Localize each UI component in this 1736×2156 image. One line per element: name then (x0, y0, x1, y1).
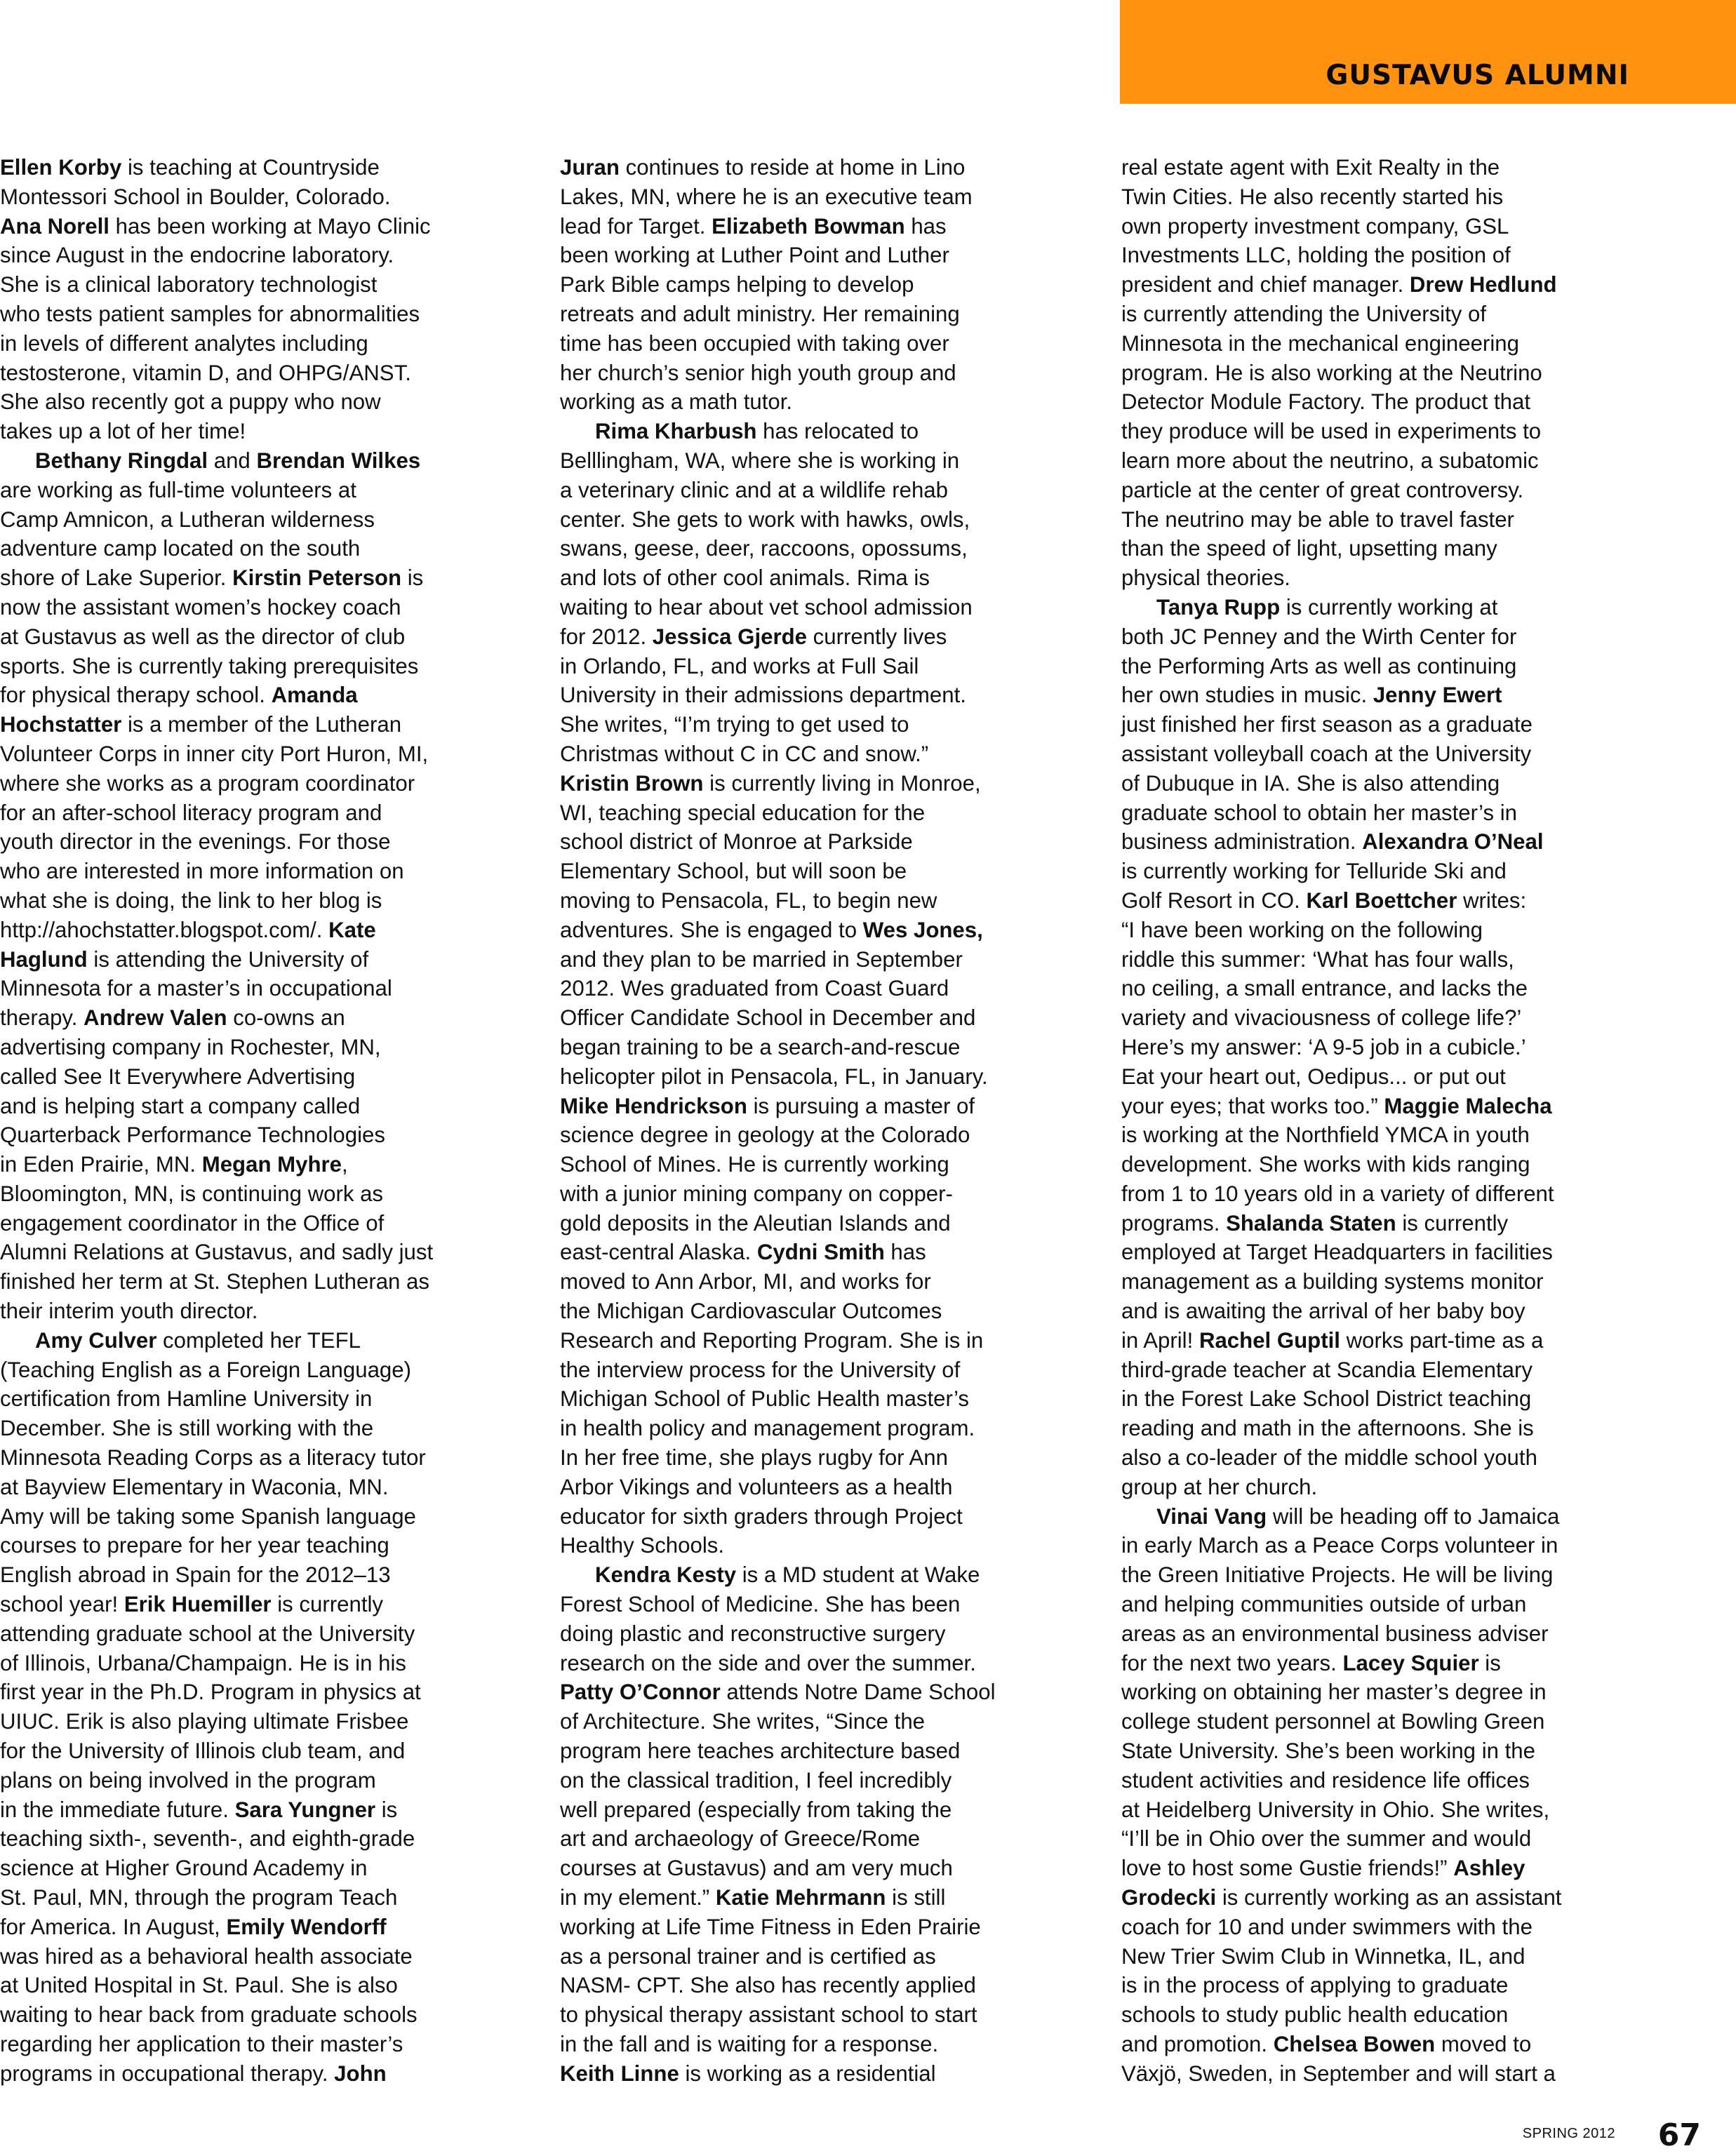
body-text: adventure camp located on the south (0, 536, 360, 561)
text-line: on the classical tradition, I feel incre… (560, 1766, 1079, 1795)
text-line: what she is doing, the link to her blog … (0, 886, 519, 916)
body-text: courses to prepare for her year teaching (0, 1533, 389, 1558)
body-text: Arbor Vikings and volunteers as a health (560, 1475, 952, 1499)
text-line: Mike Hendrickson is pursuing a master of (560, 1092, 1079, 1121)
text-line: Tanya Rupp is currently working at (1121, 593, 1641, 622)
text-line: and is helping start a company called (0, 1092, 519, 1121)
alumni-name: Chelsea Bowen (1274, 2032, 1436, 2056)
body-text: , (342, 1152, 348, 1177)
body-text: in Eden Prairie, MN. (0, 1152, 202, 1177)
body-text: Minnesota in the mechanical engineering (1121, 331, 1519, 356)
text-line: east-central Alaska. Cydni Smith has (560, 1238, 1079, 1267)
body-text: is currently (1396, 1211, 1508, 1236)
text-line: Keith Linne is working as a residential (560, 2059, 1079, 2089)
text-line: Bethany Ringdal and Brendan Wilkes (0, 446, 519, 476)
body-text: retreats and adult ministry. Her remaini… (560, 302, 960, 326)
body-text: moved to (1435, 2032, 1531, 2056)
alumni-name: Ana Norell (0, 214, 109, 239)
body-text: president and chief manager. (1121, 272, 1410, 297)
body-text: shore of Lake Superior. (0, 565, 232, 590)
body-text: her church’s senior high youth group and (560, 361, 956, 385)
text-line: engagement coordinator in the Office of (0, 1209, 519, 1238)
body-text: is working as a residential (679, 2061, 936, 2086)
text-line: Eat your heart out, Oedipus... or put ou… (1121, 1062, 1641, 1092)
body-text: Investments LLC, holding the position of (1121, 243, 1511, 267)
text-line: in Eden Prairie, MN. Megan Myhre, (0, 1150, 519, 1179)
text-line: is currently working for Telluride Ski a… (1121, 857, 1641, 886)
body-text: is currently working as an assistant (1216, 1885, 1561, 1910)
body-text: programs. (1121, 1211, 1226, 1236)
body-text: science at Higher Ground Academy in (0, 1856, 368, 1880)
body-text: science degree in geology at the Colorad… (560, 1123, 970, 1147)
text-line: and lots of other cool animals. Rima is (560, 563, 1079, 593)
body-text: Eat your heart out, Oedipus... or put ou… (1121, 1064, 1506, 1089)
alumni-name: Brendan Wilkes (256, 448, 420, 473)
body-text: first year in the Ph.D. Program in physi… (0, 1680, 421, 1704)
body-text: has (885, 1240, 926, 1264)
body-text: than the speed of light, upsetting many (1121, 536, 1497, 561)
text-line: Minnesota for a master’s in occupational (0, 974, 519, 1003)
body-text: for an after-school literacy program and (0, 801, 382, 825)
article-column-2: Juran continues to reside at home in Lin… (560, 153, 1079, 2089)
text-line: no ceiling, a small entrance, and lacks … (1121, 974, 1641, 1003)
body-text: for the next two years. (1121, 1651, 1342, 1675)
body-text: and (208, 448, 256, 473)
body-text: is attending the University of (88, 947, 368, 972)
alumni-name: Amy Culver (35, 1328, 156, 1353)
body-text: employed at Target Headquarters in facil… (1121, 1240, 1553, 1264)
text-line: of Architecture. She writes, “Since the (560, 1707, 1079, 1736)
body-text: WI, teaching special education for the (560, 801, 925, 825)
article-column-3: real estate agent with Exit Realty in th… (1121, 153, 1641, 2089)
text-line: graduate school to obtain her master’s i… (1121, 798, 1641, 828)
alumni-name: Patty O’Connor (560, 1680, 721, 1704)
text-line: of Illinois, Urbana/Champaign. He is in … (0, 1649, 519, 1678)
alumni-name: Juran (560, 155, 620, 180)
body-text: college student personnel at Bowling Gre… (1121, 1709, 1544, 1734)
body-text: for the University of Illinois club team… (0, 1739, 405, 1763)
page-number: 67 (1658, 2117, 1701, 2153)
body-text: third-grade teacher at Scandia Elementar… (1121, 1358, 1533, 1382)
text-line: Quarterback Performance Technologies (0, 1120, 519, 1150)
text-line: Officer Candidate School in December and (560, 1003, 1079, 1033)
alumni-name: Hochstatter (0, 712, 121, 737)
text-line: for the next two years. Lacey Squier is (1121, 1649, 1641, 1678)
body-text: physical theories. (1121, 565, 1290, 590)
body-text: completed her TEFL (156, 1328, 361, 1353)
body-text: is currently working at (1280, 595, 1497, 620)
text-line: Montessori School in Boulder, Colorado. (0, 182, 519, 212)
body-text: English abroad in Spain for the 2012–13 (0, 1562, 391, 1587)
text-line: center. She gets to work with hawks, owl… (560, 505, 1079, 535)
text-line: finished her term at St. Stephen Luthera… (0, 1267, 519, 1297)
body-text: engagement coordinator in the Office of (0, 1211, 384, 1236)
text-line: courses to prepare for her year teaching (0, 1531, 519, 1560)
alumni-name: Megan Myhre (202, 1152, 342, 1177)
text-line: in the fall and is waiting for a respons… (560, 2030, 1079, 2059)
text-line: at Gustavus as well as the director of c… (0, 622, 519, 652)
text-line: and helping communities outside of urban (1121, 1590, 1641, 1619)
body-text: (Teaching English as a Foreign Language) (0, 1358, 411, 1382)
text-line: who tests patient samples for abnormalit… (0, 300, 519, 329)
body-text: is (401, 565, 423, 590)
body-text: love to host some Gustie friends!” (1121, 1856, 1453, 1880)
body-text: December. She is still working with the (0, 1416, 373, 1440)
alumni-name: Jessica Gjerde (653, 624, 807, 649)
text-line: areas as an environmental business advis… (1121, 1619, 1641, 1649)
text-line: and is awaiting the arrival of her baby … (1121, 1297, 1641, 1326)
body-text: waiting to hear about vet school admissi… (560, 595, 973, 620)
text-line: third-grade teacher at Scandia Elementar… (1121, 1355, 1641, 1385)
body-text: Quarterback Performance Technologies (0, 1123, 385, 1147)
text-line: from 1 to 10 years old in a variety of d… (1121, 1179, 1641, 1209)
body-text: business administration. (1121, 829, 1362, 854)
body-text: at United Hospital in St. Paul. She is a… (0, 1973, 398, 1997)
body-text: therapy. (0, 1005, 84, 1030)
body-text: Lakes, MN, where he is an executive team (560, 185, 973, 209)
text-line: for physical therapy school. Amanda (0, 681, 519, 710)
body-text: School of Mines. He is currently working (560, 1152, 949, 1177)
text-line: program. He is also working at the Neutr… (1121, 359, 1641, 388)
text-line: Twin Cities. He also recently started hi… (1121, 182, 1641, 212)
alumni-name: Drew Hedlund (1410, 272, 1557, 297)
text-line: science at Higher Ground Academy in (0, 1854, 519, 1883)
text-line: business administration. Alexandra O’Nea… (1121, 827, 1641, 857)
body-text: Here’s my answer: ‘A 9-5 job in a cubicl… (1121, 1035, 1526, 1059)
body-text: since August in the endocrine laboratory… (0, 243, 394, 267)
alumni-name: Erik Huemiller (124, 1592, 272, 1616)
text-line: school year! Erik Huemiller is currently (0, 1590, 519, 1619)
alumni-name: Rachel Guptil (1199, 1328, 1340, 1353)
text-line: their interim youth director. (0, 1297, 519, 1326)
body-text: moving to Pensacola, FL, to begin new (560, 888, 937, 913)
text-line: Bloomington, MN, is continuing work as (0, 1179, 519, 1209)
body-text: attending graduate school at the Univers… (0, 1621, 415, 1646)
text-line: Michigan School of Public Health master’… (560, 1384, 1079, 1414)
body-text: will be heading off to Jamaica (1267, 1504, 1559, 1529)
body-text: in Orlando, FL, and works at Full Sail (560, 654, 919, 678)
body-text: the interview process for the University… (560, 1358, 960, 1382)
text-line: a veterinary clinic and at a wildlife re… (560, 476, 1079, 505)
text-line: for the University of Illinois club team… (0, 1736, 519, 1766)
text-line: for an after-school literacy program and (0, 798, 519, 828)
alumni-name: Wes Jones, (863, 918, 983, 942)
body-text: testosterone, vitamin D, and OHPG/ANST. (0, 361, 411, 385)
text-line: just finished her first season as a grad… (1121, 710, 1641, 739)
text-line: they produce will be used in experiments… (1121, 417, 1641, 446)
alumni-name: Emily Wendorff (226, 1915, 386, 1939)
body-text: Växjö, Sweden, in September and will sta… (1121, 2061, 1556, 2086)
text-line: English abroad in Spain for the 2012–13 (0, 1560, 519, 1590)
body-text: Belllingham, WA, where she is working in (560, 448, 959, 473)
text-line: research on the side and over the summer… (560, 1649, 1079, 1678)
body-text: and is awaiting the arrival of her baby … (1121, 1299, 1525, 1323)
body-text: is teaching at Countryside (121, 155, 380, 180)
text-line: working on obtaining her master’s degree… (1121, 1678, 1641, 1707)
body-text: swans, geese, deer, raccoons, opossums, (560, 536, 968, 561)
body-text: is currently attending the University of (1121, 302, 1486, 326)
text-line: at Heidelberg University in Ohio. She wr… (1121, 1795, 1641, 1825)
body-text: sports. She is currently taking prerequi… (0, 654, 418, 678)
body-text: is pursuing a master of (747, 1094, 975, 1118)
text-line: Park Bible camps helping to develop (560, 270, 1079, 300)
body-text: with a junior mining company on copper- (560, 1181, 953, 1206)
text-line: adventure camp located on the south (0, 534, 519, 563)
text-line: science degree in geology at the Colorad… (560, 1120, 1079, 1150)
text-line: waiting to hear back from graduate schoo… (0, 2000, 519, 2030)
text-line: Christmas without C in CC and snow.” (560, 739, 1079, 769)
body-text: areas as an environmental business advis… (1121, 1621, 1549, 1646)
text-line: Minnesota in the mechanical engineering (1121, 329, 1641, 359)
text-line: in Orlando, FL, and works at Full Sail (560, 652, 1079, 681)
body-text: as a personal trainer and is certified a… (560, 1944, 936, 1969)
body-text: where she works as a program coordinator (0, 771, 415, 796)
text-line: University in their admissions departmen… (560, 681, 1079, 710)
text-line: gold deposits in the Aleutian Islands an… (560, 1209, 1079, 1238)
body-text: currently lives (807, 624, 947, 649)
body-text: is (375, 1797, 397, 1822)
text-line: Grodecki is currently working as an assi… (1121, 1883, 1641, 1913)
body-text: Minnesota Reading Corps as a literacy tu… (0, 1445, 426, 1470)
body-text: the Green Initiative Projects. He will b… (1121, 1562, 1553, 1587)
text-line: management as a building systems monitor (1121, 1267, 1641, 1297)
body-text: art and archaeology of Greece/Rome (560, 1826, 920, 1851)
body-text: 2012. Wes graduated from Coast Guard (560, 976, 949, 1000)
text-line: Patty O’Connor attends Notre Dame School (560, 1678, 1079, 1707)
body-text: is still (886, 1885, 945, 1910)
alumni-name: Haglund (0, 947, 88, 972)
text-line: Minnesota Reading Corps as a literacy tu… (0, 1443, 519, 1473)
text-line: her church’s senior high youth group and (560, 359, 1079, 388)
body-text: works part-time as a (1340, 1328, 1543, 1353)
body-text: school year! (0, 1592, 124, 1616)
text-line: (Teaching English as a Foreign Language) (0, 1355, 519, 1385)
body-text: She writes, “I’m trying to get used to (560, 712, 909, 737)
text-line: of Dubuque in IA. She is also attending (1121, 769, 1641, 798)
text-line: NASM- CPT. She also has recently applied (560, 1971, 1079, 2000)
text-line: where she works as a program coordinator (0, 769, 519, 798)
body-text: student activities and residence life of… (1121, 1768, 1530, 1793)
text-line: and promotion. Chelsea Bowen moved to (1121, 2030, 1641, 2059)
text-line: love to host some Gustie friends!” Ashle… (1121, 1854, 1641, 1883)
text-line: the interview process for the University… (560, 1355, 1079, 1385)
text-line: working at Life Time Fitness in Eden Pra… (560, 1913, 1079, 1942)
body-text: gold deposits in the Aleutian Islands an… (560, 1211, 951, 1236)
text-line: moved to Ann Arbor, MI, and works for (560, 1267, 1079, 1297)
body-text: is currently living in Monroe, (703, 771, 980, 796)
body-text: is currently working for Telluride Ski a… (1121, 859, 1507, 883)
text-line: particle at the center of great controve… (1121, 476, 1641, 505)
body-text: Bloomington, MN, is continuing work as (0, 1181, 383, 1206)
body-text: in levels of different analytes includin… (0, 331, 368, 356)
text-line: employed at Target Headquarters in facil… (1121, 1238, 1641, 1267)
text-line: for America. In August, Emily Wendorff (0, 1913, 519, 1942)
text-line: development. She works with kids ranging (1121, 1150, 1641, 1179)
body-text: in early March as a Peace Corps voluntee… (1121, 1533, 1558, 1558)
body-text: for physical therapy school. (0, 683, 272, 707)
text-line: is in the process of applying to graduat… (1121, 1971, 1641, 2000)
text-line: programs in occupational therapy. John (0, 2059, 519, 2089)
body-text: their interim youth director. (0, 1299, 258, 1323)
text-line: attending graduate school at the Univers… (0, 1619, 519, 1649)
body-text: is a member of the Lutheran (121, 712, 401, 737)
text-line: The neutrino may be able to travel faste… (1121, 505, 1641, 535)
body-text: St. Paul, MN, through the program Teach (0, 1885, 397, 1910)
issue-label: SPRING 2012 (1523, 2126, 1615, 2142)
text-line: began training to be a search-and-rescue (560, 1033, 1079, 1062)
body-text: development. She works with kids ranging (1121, 1152, 1530, 1177)
body-text: both JC Penney and the Wirth Center for (1121, 624, 1516, 649)
alumni-name: Katie Mehrmann (716, 1885, 886, 1910)
text-line: “I have been working on the following (1121, 916, 1641, 945)
text-line: Here’s my answer: ‘A 9-5 job in a cubicl… (1121, 1033, 1641, 1062)
text-line: WI, teaching special education for the (560, 798, 1079, 828)
text-line: St. Paul, MN, through the program Teach (0, 1883, 519, 1913)
body-text: Park Bible camps helping to develop (560, 272, 914, 297)
body-text: “I’ll be in Ohio over the summer and wou… (1121, 1826, 1531, 1851)
body-text: for 2012. (560, 624, 653, 649)
body-text: is working at the Northfield YMCA in you… (1121, 1123, 1530, 1147)
text-line: Investments LLC, holding the position of (1121, 241, 1641, 270)
text-line: New Trier Swim Club in Winnetka, IL, and (1121, 1942, 1641, 1971)
text-line: educator for sixth graders through Proje… (560, 1502, 1079, 1532)
body-text: NASM- CPT. She also has recently applied (560, 1973, 976, 1997)
body-text: educator for sixth graders through Proje… (560, 1504, 963, 1529)
text-line: who are interested in more information o… (0, 857, 519, 886)
body-text: is a MD student at Wake (736, 1562, 980, 1587)
body-text: The neutrino may be able to travel faste… (1121, 507, 1514, 532)
text-line: Research and Reporting Program. She is i… (560, 1326, 1079, 1355)
body-text: courses at Gustavus) and am very much (560, 1856, 953, 1880)
body-text: takes up a lot of her time! (0, 419, 246, 443)
text-line: to physical therapy assistant school to … (560, 2000, 1079, 2030)
text-line: Ellen Korby is teaching at Countryside (0, 153, 519, 182)
body-text: and lots of other cool animals. Rima is (560, 565, 930, 590)
text-line: plans on being involved in the program (0, 1766, 519, 1795)
body-text: has (905, 214, 947, 239)
text-line: adventures. She is engaged to Wes Jones, (560, 916, 1079, 945)
body-text: coach for 10 and under swimmers with the (1121, 1915, 1533, 1939)
text-line: Amy Culver completed her TEFL (0, 1326, 519, 1355)
body-text: Minnesota for a master’s in occupational (0, 976, 392, 1000)
alumni-name: Karl Boettcher (1306, 888, 1457, 913)
body-text: continues to reside at home in Lino (620, 155, 965, 180)
alumni-name: Ashley (1453, 1856, 1525, 1880)
text-line: physical theories. (1121, 563, 1641, 593)
alumni-name: Shalanda Staten (1226, 1211, 1396, 1236)
text-line: therapy. Andrew Valen co-owns an (0, 1003, 519, 1033)
text-line: now the assistant women’s hockey coach (0, 593, 519, 622)
text-line: testosterone, vitamin D, and OHPG/ANST. (0, 359, 519, 388)
text-line: riddle this summer: ‘What has four walls… (1121, 945, 1641, 975)
body-text: group at her church. (1121, 1475, 1317, 1499)
text-line: the Green Initiative Projects. He will b… (1121, 1560, 1641, 1590)
body-text: they produce will be used in experiments… (1121, 419, 1541, 443)
text-line: Belllingham, WA, where she is working in (560, 446, 1079, 476)
alumni-name: Elizabeth Bowman (712, 214, 905, 239)
text-line: Forest School of Medicine. She has been (560, 1590, 1079, 1619)
section-header-band: GUSTAVUS ALUMNI (1120, 0, 1736, 104)
body-text: reading and math in the afternoons. She … (1121, 1416, 1534, 1440)
body-text: moved to Ann Arbor, MI, and works for (560, 1269, 931, 1294)
body-text: well prepared (especially from taking th… (560, 1797, 952, 1822)
body-text: at Bayview Elementary in Waconia, MN. (0, 1475, 389, 1499)
text-line: courses at Gustavus) and am very much (560, 1854, 1079, 1883)
body-text: variety and vivaciousness of college lif… (1121, 1005, 1521, 1030)
text-line: Camp Amnicon, a Lutheran wilderness (0, 505, 519, 535)
body-text: UIUC. Erik is also playing ultimate Fris… (0, 1709, 408, 1734)
text-line: her own studies in music. Jenny Ewert (1121, 681, 1641, 710)
text-line: Healthy Schools. (560, 1531, 1079, 1560)
body-text: now the assistant women’s hockey coach (0, 595, 401, 620)
body-text: Detector Module Factory. The product tha… (1121, 389, 1530, 414)
body-text: learn more about the neutrino, a subatom… (1121, 448, 1539, 473)
body-text: has relocated to (756, 419, 919, 443)
body-text: teaching sixth-, seventh-, and eighth-gr… (0, 1826, 415, 1851)
body-text: In her free time, she plays rugby for An… (560, 1445, 948, 1470)
body-text: and is helping start a company called (0, 1094, 360, 1118)
text-line: both JC Penney and the Wirth Center for (1121, 622, 1641, 652)
text-line: also a co-leader of the middle school yo… (1121, 1443, 1641, 1473)
text-line: Detector Module Factory. The product tha… (1121, 387, 1641, 417)
text-line: well prepared (especially from taking th… (560, 1795, 1079, 1825)
text-line: in early March as a Peace Corps voluntee… (1121, 1531, 1641, 1560)
text-line: She is a clinical laboratory technologis… (0, 270, 519, 300)
body-text: Research and Reporting Program. She is i… (560, 1328, 983, 1353)
body-text: at Heidelberg University in Ohio. She wr… (1121, 1797, 1549, 1822)
body-text: from 1 to 10 years old in a variety of d… (1121, 1181, 1554, 1206)
body-text: and they plan to be married in September (560, 947, 963, 972)
body-text: attends Notre Dame School (721, 1680, 996, 1704)
alumni-name: Vinai Vang (1156, 1504, 1267, 1529)
body-text: at Gustavus as well as the director of c… (0, 624, 405, 649)
body-text: assistant volleyball coach at the Univer… (1121, 742, 1531, 766)
body-text: of Dubuque in IA. She is also attending (1121, 771, 1500, 796)
body-text: for America. In August, (0, 1915, 226, 1939)
text-line: Amy will be taking some Spanish language (0, 1502, 519, 1532)
text-line: called See It Everywhere Advertising (0, 1062, 519, 1092)
text-line: group at her church. (1121, 1473, 1641, 1502)
text-line: retreats and adult ministry. Her remaini… (560, 300, 1079, 329)
text-line: student activities and residence life of… (1121, 1766, 1641, 1795)
text-line: was hired as a behavioral health associa… (0, 1942, 519, 1971)
text-line: Kendra Kesty is a MD student at Wake (560, 1560, 1079, 1590)
alumni-name: Jenny Ewert (1373, 683, 1502, 707)
body-text: Twin Cities. He also recently started hi… (1121, 185, 1503, 209)
text-line: advertising company in Rochester, MN, (0, 1033, 519, 1062)
alumni-name: Sara Yungner (235, 1797, 376, 1822)
body-text: writes: (1457, 888, 1526, 913)
body-text: to physical therapy assistant school to … (560, 2002, 977, 2027)
body-text: Forest School of Medicine. She has been (560, 1592, 960, 1616)
text-line: youth director in the evenings. For thos… (0, 827, 519, 857)
body-text: of Illinois, Urbana/Champaign. He is in … (0, 1651, 406, 1675)
alumni-name: Cydni Smith (757, 1240, 885, 1264)
body-text: New Trier Swim Club in Winnetka, IL, and (1121, 1944, 1525, 1969)
body-text: Amy will be taking some Spanish language (0, 1504, 416, 1529)
body-text: Camp Amnicon, a Lutheran wilderness (0, 507, 375, 532)
text-line: coach for 10 and under swimmers with the (1121, 1913, 1641, 1942)
text-line: certification from Hamline University in (0, 1384, 519, 1414)
text-line: school district of Monroe at Parkside (560, 827, 1079, 857)
text-line: Alumni Relations at Gustavus, and sadly … (0, 1238, 519, 1267)
text-line: art and archaeology of Greece/Rome (560, 1824, 1079, 1854)
text-line: in the immediate future. Sara Yungner is (0, 1795, 519, 1825)
body-text: in the fall and is waiting for a respons… (560, 2032, 938, 2056)
body-text: co-owns an (227, 1005, 345, 1030)
text-line: than the speed of light, upsetting many (1121, 534, 1641, 563)
text-line: Haglund is attending the University of (0, 945, 519, 975)
